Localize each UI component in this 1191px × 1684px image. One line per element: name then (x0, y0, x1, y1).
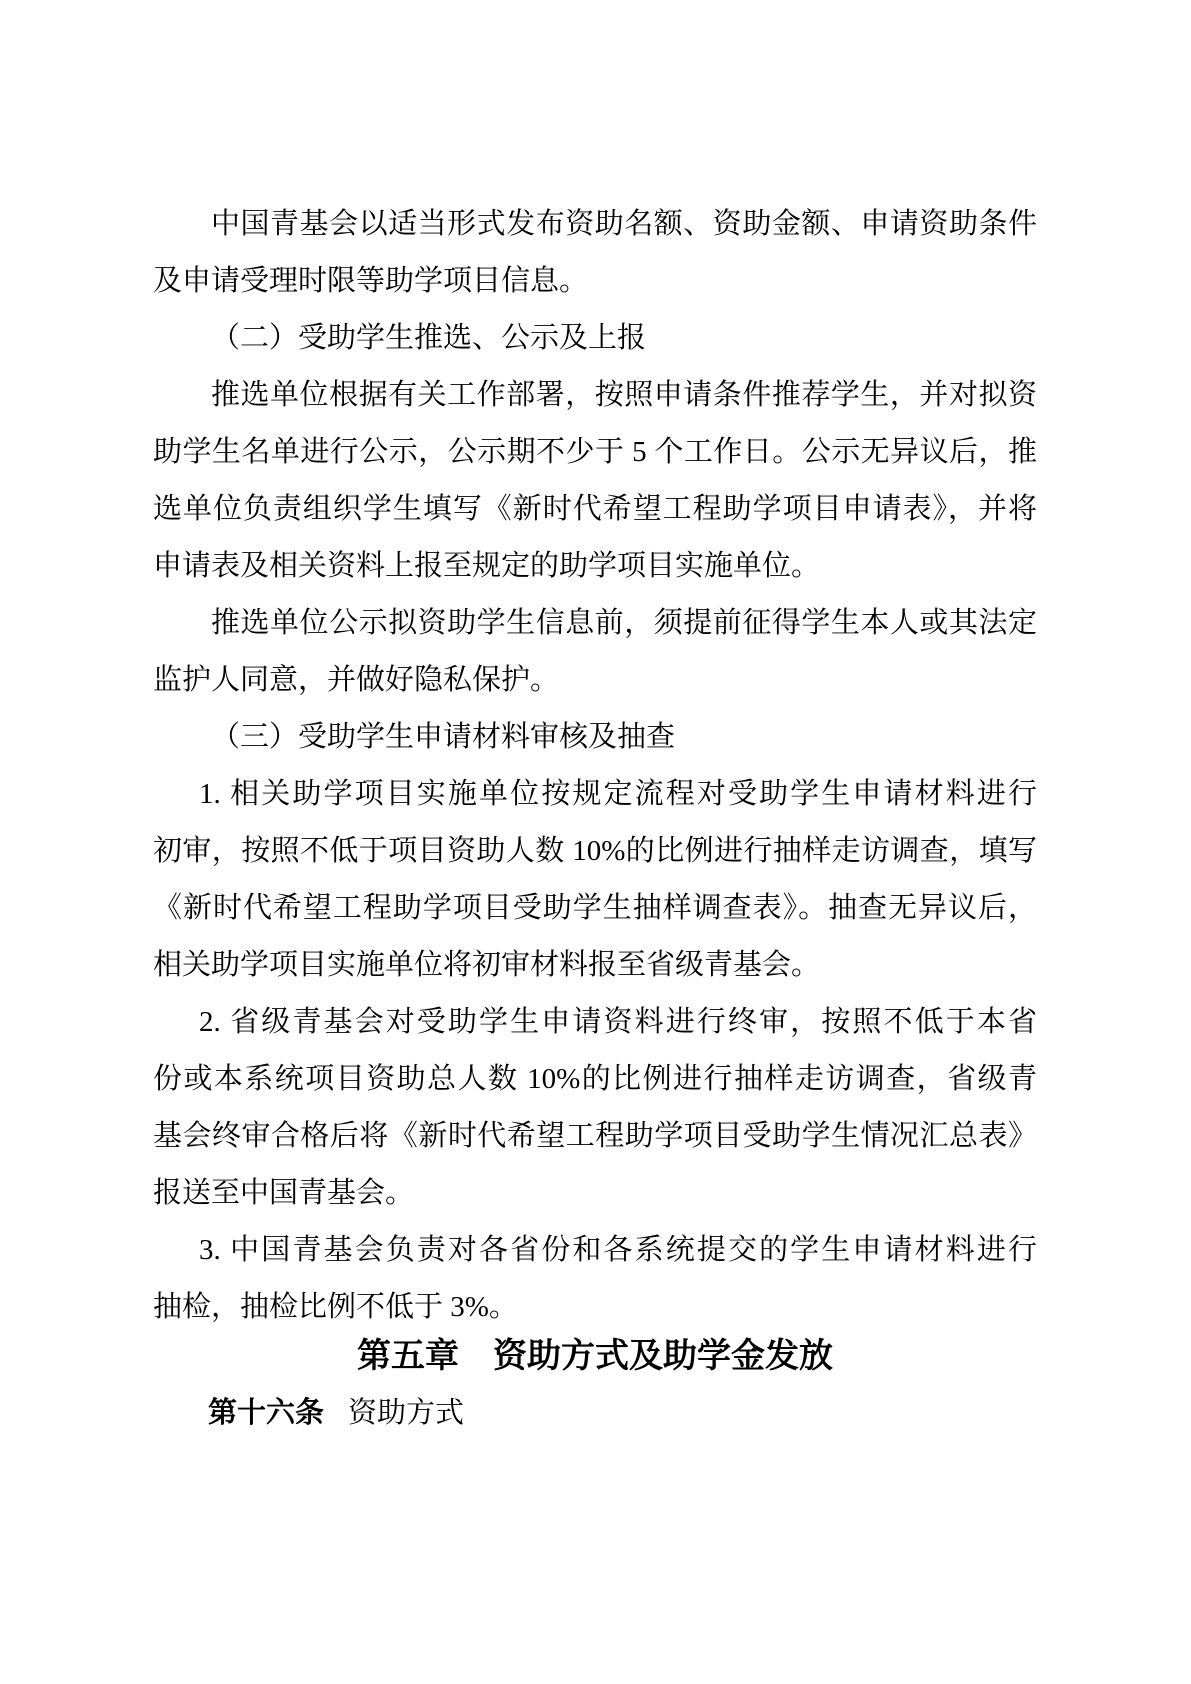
article-line: 第十六条资助方式 (153, 1385, 1037, 1442)
text-line: 份或本系统项目资助总人数 10%的比例进行抽样走访调查，省级青 (153, 1051, 1037, 1108)
text-line: 相关助学项目实施单位将初审材料报至省级青基会。 (153, 937, 1037, 994)
text-line: 及申请受理时限等助学项目信息。 (153, 253, 1037, 310)
text-line: 基会终审合格后将《新时代希望工程助学项目受助学生情况汇总表》 (153, 1108, 1037, 1165)
article-title: 资助方式 (348, 1397, 464, 1429)
text-line: 《新时代希望工程助学项目受助学生抽样调查表》。抽查无异议后， (153, 880, 1037, 937)
text-line: 推选单位公示拟资助学生信息前，须提前征得学生本人或其法定 (153, 595, 1037, 652)
text-line: 监护人同意，并做好隐私保护。 (153, 652, 1037, 709)
text-line: 初审，按照不低于项目资助人数 10%的比例进行抽样走访调查，填写 (153, 823, 1037, 880)
chapter-heading: 第五章 资助方式及助学金发放 (153, 1328, 1037, 1385)
article-number: 第十六条 (208, 1397, 324, 1429)
text-line: 报送至中国青基会。 (153, 1165, 1037, 1222)
text-line: 中国青基会以适当形式发布资助名额、资助金额、申请资助条件 (153, 196, 1037, 253)
numbered-item-line: 2. 省级青基会对受助学生申请资料进行终审，按照不低于本省 (153, 994, 1037, 1051)
text-line: 助学生名单进行公示，公示期不少于 5 个工作日。公示无异议后，推 (153, 424, 1037, 481)
document-page: 中国青基会以适当形式发布资助名额、资助金额、申请资助条件 及申请受理时限等助学项… (0, 0, 1191, 1684)
numbered-item-line: 1. 相关助学项目实施单位按规定流程对受助学生申请材料进行 (153, 766, 1037, 823)
text-line: 选单位负责组织学生填写《新时代希望工程助学项目申请表》，并将 (153, 481, 1037, 538)
document-text-block: 中国青基会以适当形式发布资助名额、资助金额、申请资助条件 及申请受理时限等助学项… (153, 196, 1037, 1442)
numbered-item-line: 3. 中国青基会负责对各省份和各系统提交的学生申请材料进行 (153, 1222, 1037, 1279)
text-line: 申请表及相关资料上报至规定的助学项目实施单位。 (153, 538, 1037, 595)
section-label-line: （三）受助学生申请材料审核及抽查 (153, 709, 1037, 766)
text-line: 推选单位根据有关工作部署，按照申请条件推荐学生，并对拟资 (153, 367, 1037, 424)
section-label-line: （二）受助学生推选、公示及上报 (153, 310, 1037, 367)
